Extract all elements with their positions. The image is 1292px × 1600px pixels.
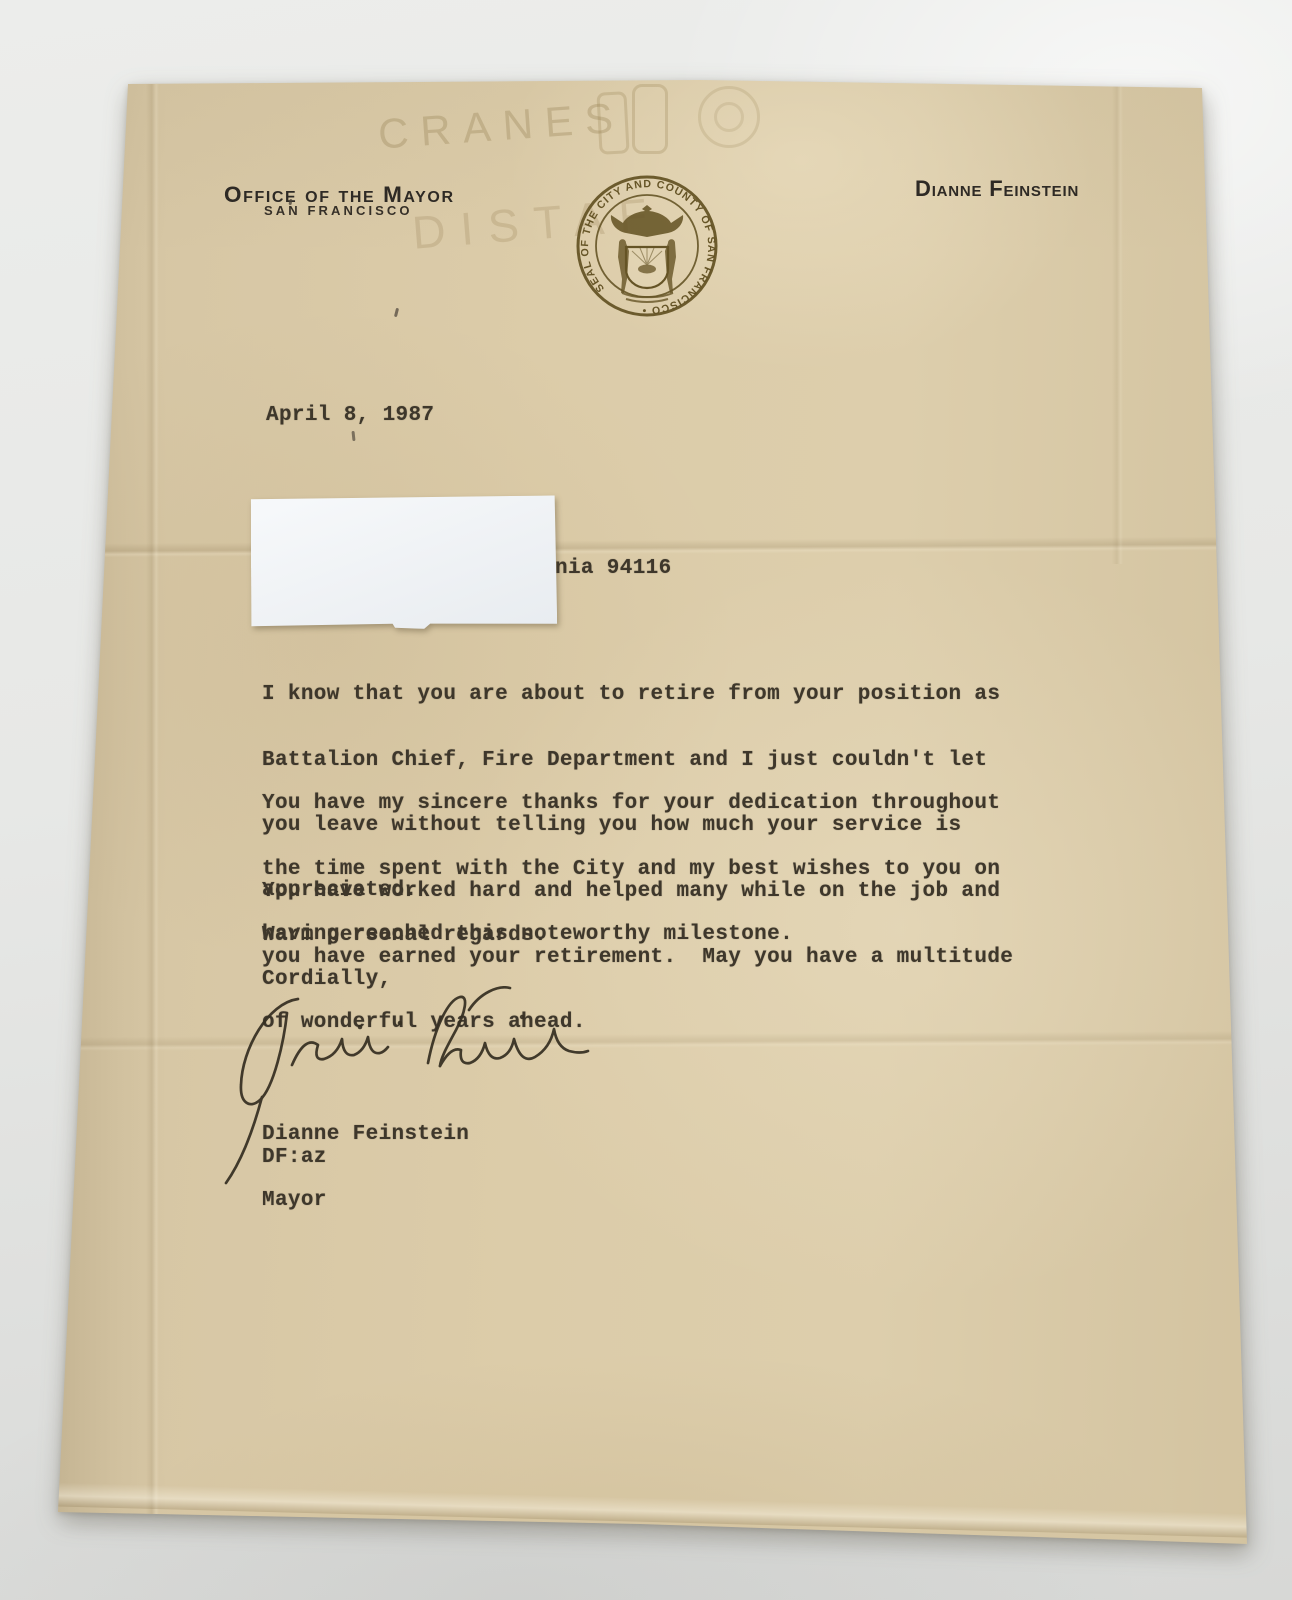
letter-date: April 8, 1987 — [266, 405, 434, 427]
typed-line: You have my sincere thanks for your dedi… — [262, 793, 1000, 815]
paper-bottom-edge — [56, 1482, 1248, 1537]
seal-right-figure — [665, 239, 676, 293]
fold-crease-horizontal — [58, 536, 1243, 557]
letter-paper: CRANES DISTAF Office of the Mayor SAN FR… — [0, 0, 1292, 1600]
photo-of-letter: CRANES DISTAF Office of the Mayor SAN FR… — [0, 0, 1292, 1600]
address-fragment: nia 94116 — [555, 558, 672, 580]
fold-crease-vertical — [1112, 84, 1123, 564]
seal-eagle — [611, 205, 683, 237]
typed-line: You have worked hard and helped many whi… — [262, 881, 1013, 903]
letterhead-city: SAN FRANCISCO — [264, 204, 413, 217]
typed-line: I know that you are about to retire from… — [262, 684, 1000, 706]
typed-line: you have earned your retirement. May you… — [262, 947, 1013, 969]
crest-shape — [632, 84, 668, 154]
ink-speck — [394, 308, 399, 317]
regards-line: Warm personal regards. — [262, 925, 547, 947]
fold-crease-vertical — [146, 84, 159, 1514]
crest-shape — [596, 91, 629, 154]
seal-emblem — [611, 205, 683, 302]
seal-left-figure — [618, 239, 629, 293]
watermark-crest — [598, 84, 778, 164]
paper-shadow: CRANES DISTAF Office of the Mayor SAN FR… — [0, 0, 1292, 1600]
handwritten-signature — [212, 973, 632, 1203]
ink-speck — [351, 431, 355, 441]
letterhead-mayor-name: Dianne Feinstein — [915, 178, 1079, 200]
crest-circle — [714, 102, 744, 132]
city-seal: SEAL OF THE CITY AND COUNTY OF SAN FRANC… — [570, 169, 726, 325]
redaction-slip — [251, 495, 557, 629]
watermark-cranes: CRANES — [377, 93, 627, 158]
redaction-slip-shadow — [251, 496, 557, 629]
